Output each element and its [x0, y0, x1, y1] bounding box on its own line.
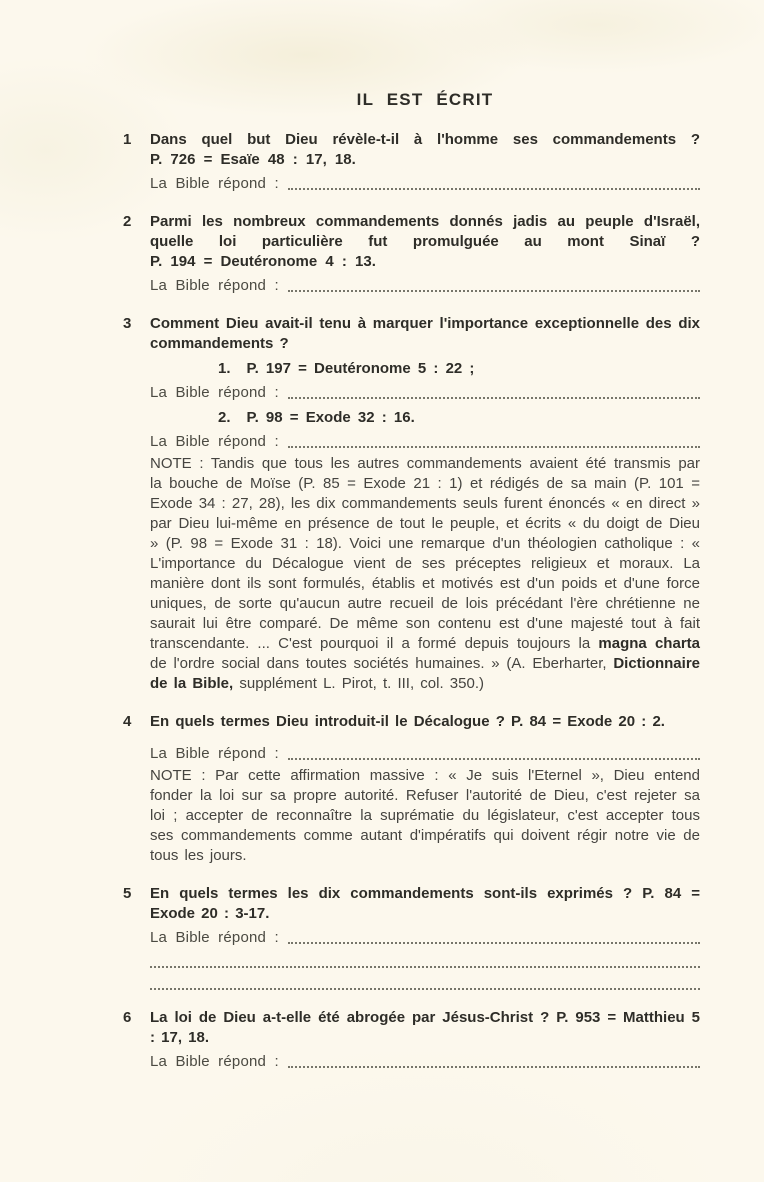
scanned-document-page: IL EST ÉCRIT 1 Dans quel but Dieu révèle…	[0, 0, 764, 1182]
question-text: Comment Dieu avait-il tenu à marquer l'i…	[150, 314, 700, 354]
question-number: 4	[123, 712, 131, 732]
respond-label: La Bible répond :	[150, 174, 279, 194]
sub-marker: 2.	[218, 409, 231, 426]
respond-label: La Bible répond :	[150, 432, 279, 452]
answer-dotted-line	[288, 397, 700, 399]
page-title: IL EST ÉCRIT	[150, 90, 700, 110]
question-text: Dans quel but Dieu révèle-t-il à l'homme…	[150, 130, 700, 170]
bible-reference: P. 726 = Esaïe 48 : 17, 18.	[150, 150, 700, 170]
respond-label: La Bible répond :	[150, 1052, 279, 1072]
question-number: 2	[123, 212, 131, 232]
note-run: NOTE : Tandis que tous les autres comman…	[150, 455, 700, 652]
question-text: La loi de Dieu a-t-elle été abrogée par …	[150, 1008, 700, 1048]
bible-reference: P. 194 = Deutéronome 4 : 13.	[150, 252, 700, 272]
answer-dotted-line	[288, 758, 700, 760]
question-text: En quels termes Dieu introduit-il le Déc…	[150, 712, 700, 732]
respond-label: La Bible répond :	[150, 744, 279, 764]
sub-marker: 1.	[218, 360, 231, 377]
respond-label: La Bible répond :	[150, 276, 279, 296]
note-text: NOTE : Par cette affirmation massive : «…	[150, 766, 700, 866]
question-3: 3 Comment Dieu avait-il tenu à marquer l…	[123, 314, 700, 694]
respond-row: La Bible répond :	[150, 432, 700, 452]
respond-label: La Bible répond :	[150, 928, 279, 948]
question-number: 5	[123, 884, 131, 904]
answer-dotted-line	[288, 446, 700, 448]
respond-row: La Bible répond :	[150, 276, 700, 296]
question-4: 4 En quels termes Dieu introduit-il le D…	[123, 712, 700, 866]
answer-dotted-line	[288, 942, 700, 944]
question-2: 2 Parmi les nombreux commandements donné…	[123, 212, 700, 296]
answer-dotted-line	[288, 188, 700, 190]
respond-row: La Bible répond :	[150, 928, 700, 948]
note-run: de l'ordre social dans toutes sociétés h…	[150, 655, 613, 672]
question-number: 3	[123, 314, 131, 334]
sub-reference-1: 1.P. 197 = Deutéronome 5 : 22 ;	[218, 359, 700, 379]
respond-label: La Bible répond :	[150, 383, 279, 403]
question-body: Parmi les nombreux commandements donnés …	[150, 212, 700, 252]
respond-row: La Bible répond :	[150, 744, 700, 764]
bible-reference: P. 197 = Deutéronome 5 : 22 ;	[247, 360, 475, 377]
note-run-bold: magna charta	[598, 635, 700, 652]
question-5: 5 En quels termes les dix commandements …	[123, 884, 700, 990]
answer-dotted-line	[150, 948, 700, 968]
answer-dotted-line	[288, 1066, 700, 1068]
respond-row: La Bible répond :	[150, 174, 700, 194]
question-number: 6	[123, 1008, 131, 1028]
bible-reference: P. 98 = Exode 32 : 16.	[247, 409, 415, 426]
answer-dotted-line	[288, 290, 700, 292]
question-text: En quels termes les dix commandements so…	[150, 884, 700, 924]
question-6: 6 La loi de Dieu a-t-elle été abrogée pa…	[123, 1008, 700, 1072]
note-text: NOTE : Tandis que tous les autres comman…	[150, 454, 700, 694]
sub-reference-2: 2.P. 98 = Exode 32 : 16.	[218, 408, 700, 428]
respond-row: La Bible répond :	[150, 383, 700, 403]
question-body: Dans quel but Dieu révèle-t-il à l'homme…	[150, 130, 700, 150]
respond-row: La Bible répond :	[150, 1052, 700, 1072]
question-text: Parmi les nombreux commandements donnés …	[150, 212, 700, 272]
answer-dotted-line	[150, 970, 700, 990]
note-run: supplément L. Pirot, t. III, col. 350.)	[233, 675, 484, 692]
question-number: 1	[123, 130, 131, 150]
question-1: 1 Dans quel but Dieu révèle-t-il à l'hom…	[123, 130, 700, 194]
